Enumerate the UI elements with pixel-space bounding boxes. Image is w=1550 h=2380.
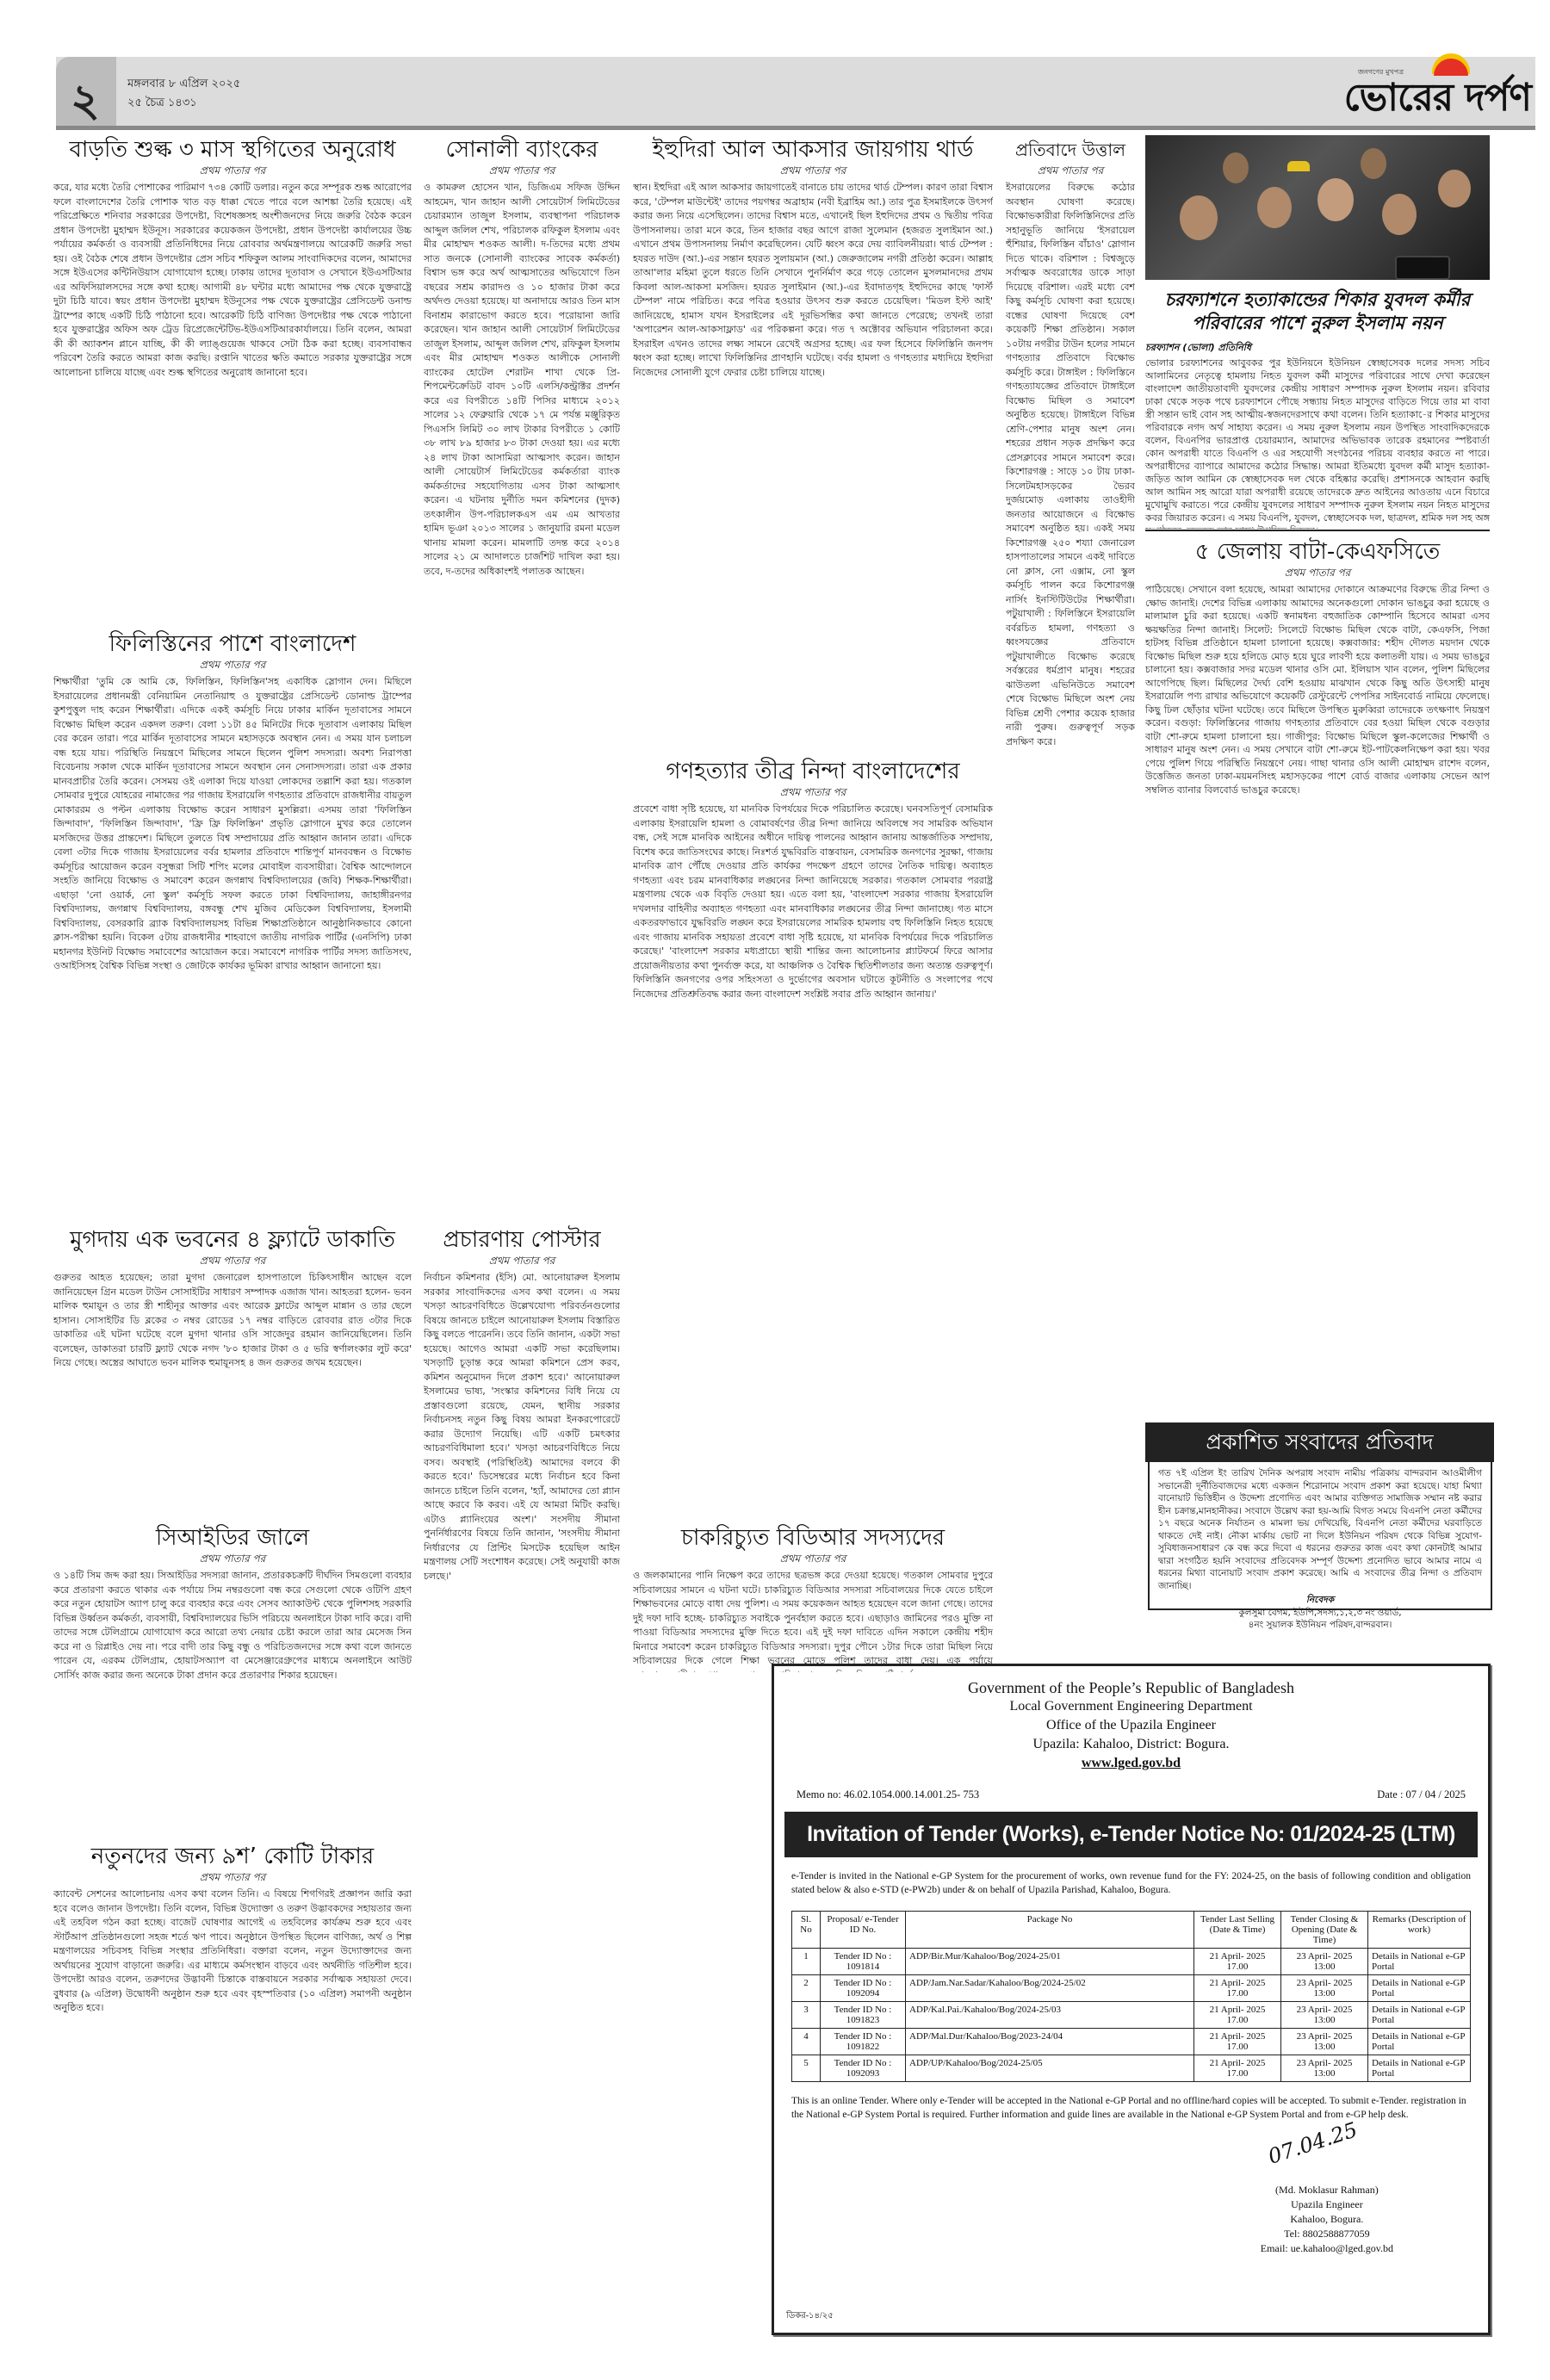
article-headline: নতুনদের জন্য ৯শ’ কোটি টাকার	[53, 1843, 412, 1870]
table-row: 3 Tender ID No : 1091823 ADP/Kal.Pai./Ka…	[792, 2002, 1471, 2029]
table-row: 4 Tender ID No : 1091822 ADP/Mal.Dur/Kah…	[792, 2029, 1471, 2055]
tender-header-dept: Local Government Engineering Department	[774, 1697, 1488, 1716]
tender-notice: Government of the People’s Republic of B…	[772, 1664, 1491, 2335]
cell-package: ADP/Kal.Pai./Kahaloo/Bog/2024-25/03	[906, 2002, 1194, 2029]
article-body: ভোলার চরফ্যাশনের আবুবকর পুর ইউনিয়নে ইউন…	[1145, 356, 1490, 529]
cell-sl: 2	[792, 1975, 821, 2002]
cell-closing: 23 April- 2025 13:00	[1281, 1975, 1368, 2002]
cell-closing: 23 April- 2025 13:00	[1281, 2029, 1368, 2055]
cell-sl: 5	[792, 2055, 821, 2082]
article-tariff: বাড়তি শুল্ক ৩ মাস স্থগিতের অনুরোধ প্রথম…	[53, 136, 412, 456]
article-third-temple: ইহুদিরা আল আকসার জায়গায় থার্ড প্রথম পা…	[633, 136, 993, 715]
article-headline: ইহুদিরা আল আকসার জায়গায় থার্ড	[633, 136, 993, 164]
cell-selling: 21 April- 2025 17.00	[1194, 1975, 1281, 2002]
article-headline: প্রচারণায় পোস্টার	[424, 1226, 620, 1254]
cell-id: Tender ID No : 1092093	[821, 2055, 906, 2082]
newspaper-logo: ভোরের দর্পণ	[1344, 69, 1531, 132]
article-body: শিক্ষার্থীরা 'তুমি কে আমি কে, ফিলিস্তিন,…	[53, 675, 412, 1058]
tender-intro: e-Tender is invited in the National e-GP…	[774, 1857, 1488, 1897]
article-body: ক্যাবেন্ট সেশনের আলোচনায় এসব কথা বলেন ত…	[53, 1887, 412, 2352]
article-headline: মুগদায় এক ভবনের ৪ ফ্ল্যাটে ডাকাতি	[53, 1226, 412, 1254]
cell-id: Tender ID No : 1091814	[821, 1949, 906, 1975]
page-number: ২	[71, 65, 100, 140]
tender-banner: Invitation of Tender (Works), e-Tender N…	[784, 1812, 1478, 1857]
cell-id: Tender ID No : 1092094	[821, 1975, 906, 2002]
article-body: পাঠিয়েছে। সেখানে বলা হয়েছে, আমরা আমাদে…	[1145, 583, 1490, 1422]
article-protest: প্রতিবাদে উত্তাল প্রথম পাতার পর ইসরায়েল…	[1006, 136, 1135, 1645]
cell-package: ADP/Jam.Nar.Sadar/Kahaloo/Bog/2024-25/02	[906, 1975, 1194, 2002]
article-newcomers: নতুনদের জন্য ৯শ’ কোটি টাকার প্রথম পাতার …	[53, 1843, 412, 2352]
rebuttal-signoff: নিবেদক	[1158, 1594, 1482, 1607]
article-body: ও ১৪টি সিম জব্দ করা হয়। সিআইডির সদস্যরা…	[53, 1569, 412, 1776]
article-body: গুরুতর আহত হয়েছেন; তারা মুগদা জেনারেল হ…	[53, 1271, 412, 1417]
article-kicker: প্রথম পাতার পর	[53, 1254, 412, 1271]
tender-header-office: Office of the Upazila Engineer	[774, 1716, 1488, 1735]
article-body: স্থান। ইহুদিরা এই আল আকসার জায়গাতেই বান…	[633, 181, 993, 715]
ad-code: ডিকর-১৪/২৫	[786, 2309, 834, 2324]
col-id: Proposal/ e-Tender ID No.	[821, 1912, 906, 1949]
table-row: 5 Tender ID No : 1092093 ADP/UP/Kahaloo/…	[792, 2055, 1471, 2082]
date-bangla: ২৫ চৈত্র ১৪৩১	[127, 95, 197, 113]
cell-remarks: Details in National e-GP Portal	[1368, 2055, 1471, 2082]
article-body: ও কামরুল হোসেন খান, ডিজিএম সফিজ উদ্দিন আ…	[424, 181, 620, 1197]
tender-memo-number: Memo no: 46.02.1054.000.14.001.25- 753	[797, 1788, 979, 1801]
article-charfashion: চরফ্যাশন (ভোলা) প্রতিনিধি ভোলার চরফ্যাশন…	[1145, 340, 1490, 529]
cell-remarks: Details in National e-GP Portal	[1368, 2029, 1471, 2055]
rebuttal-body: গত ৭ই এপ্রিল ইং তারিখ দৈনিক অপরাধ সংবাদ …	[1158, 1467, 1482, 1592]
article-body: ও জলকামানের পানি নিক্ষেপ করে তাদের ছত্রভ…	[633, 1569, 993, 1672]
signatory-phone: Tel: 8802588877059	[1261, 2227, 1393, 2241]
cell-sl: 4	[792, 2029, 821, 2055]
cell-sl: 1	[792, 1949, 821, 1975]
cell-id: Tender ID No : 1091823	[821, 2002, 906, 2029]
signatory-name: (Md. Moklasur Rahman)	[1261, 2183, 1393, 2197]
signature-scribble: 07.04.25	[1265, 2117, 1360, 2169]
news-photo	[1145, 135, 1490, 280]
rebuttal-notice: গত ৭ই এপ্রিল ইং তারিখ দৈনিক অপরাধ সংবাদ …	[1148, 1462, 1492, 1610]
article-kicker: প্রথম পাতার পর	[53, 658, 412, 675]
cell-sl: 3	[792, 2002, 821, 2029]
col-remarks: Remarks (Description of work)	[1368, 1912, 1471, 1949]
article-byline: চরফ্যাশন (ভোলা) প্রতিনিধি	[1145, 340, 1490, 356]
tender-signatory: (Md. Moklasur Rahman) Upazila Engineer K…	[1261, 2183, 1393, 2256]
article-headline: ফিলিস্তিনের পাশে বাংলাদেশ	[53, 630, 412, 658]
tender-outro: This is an online Tender. Where only e-T…	[774, 2082, 1488, 2122]
signatory-email: Email: ue.kahaloo@lged.gov.bd	[1261, 2241, 1393, 2256]
article-body: ইসরায়েলের বিরুদ্ধে কঠোর অবস্থান ঘোষণা ক…	[1006, 181, 1135, 1645]
col-closing: Tender Closing & Opening (Date & Time)	[1281, 1912, 1368, 1949]
table-row: 1 Tender ID No : 1091814 ADP/Bir.Mur/Kah…	[792, 1949, 1471, 1975]
article-kicker: প্রথম পাতার পর	[1145, 566, 1490, 583]
cell-selling: 21 April- 2025 17.00	[1194, 2002, 1281, 2029]
page-masthead	[56, 57, 1535, 130]
tender-header-govt: Government of the People’s Republic of B…	[774, 1678, 1488, 1697]
cell-remarks: Details in National e-GP Portal	[1368, 1975, 1471, 2002]
cell-package: ADP/Mal.Dur/Kahaloo/Bog/2023-24/04	[906, 2029, 1194, 2055]
article-headline: বাড়তি শুল্ক ৩ মাস স্থগিতের অনুরোধ	[53, 136, 412, 164]
article-palestine: ফিলিস্তিনের পাশে বাংলাদেশ প্রথম পাতার পর…	[53, 630, 412, 1058]
divider	[1145, 530, 1490, 531]
table-row: 2 Tender ID No : 1092094 ADP/Jam.Nar.Sad…	[792, 1975, 1471, 2002]
col-sl: Sl. No	[792, 1912, 821, 1949]
signatory-title: Upazila Engineer	[1261, 2197, 1393, 2212]
article-kicker: প্রথম পাতার পর	[424, 164, 620, 181]
article-headline: প্রতিবাদে উত্তাল	[1006, 136, 1135, 164]
article-kicker: প্রথম পাতার পর	[53, 164, 412, 181]
article-poster: প্রচারণায় পোস্টার প্রথম পাতার পর নির্বা…	[424, 1226, 620, 2347]
article-bdr: চাকরিচ্যুত বিডিআর সদস্যদের প্রথম পাতার প…	[633, 1524, 993, 1672]
article-kicker: প্রথম পাতার পর	[633, 785, 993, 803]
article-body: প্রবেশে বাধা সৃষ্টি হয়েছে, যা মানবিক বি…	[633, 803, 993, 1509]
article-bata: ৫ জেলায় বাটা-কেএফসিতে প্রথম পাতার পর পা…	[1145, 538, 1490, 1422]
col-selling: Tender Last Selling (Date & Time)	[1194, 1912, 1281, 1949]
article-kicker: প্রথম পাতার পর	[633, 1552, 993, 1569]
article-headline: সিআইডির জালে	[53, 1524, 412, 1552]
rebuttal-title: প্রকাশিত সংবাদের প্রতিবাদ	[1145, 1422, 1494, 1462]
date-gregorian: মঙ্গলবার ৮ এপ্রিল ২০২৫	[127, 76, 240, 94]
signatory-location: Kahaloo, Bogura.	[1261, 2212, 1393, 2227]
rebuttal-signer-line2: ৪নং সুয়ালক ইউনিয়ন পরিষদ,বান্দরবান।	[1158, 1619, 1482, 1632]
cell-selling: 21 April- 2025 17.00	[1194, 2029, 1281, 2055]
cell-remarks: Details in National e-GP Portal	[1368, 1949, 1471, 1975]
rebuttal-signer-line1: কুলসুমা বেগম, ইউপি,সদস্য,১,২,৩ নং ওয়ার্…	[1158, 1607, 1482, 1620]
tender-header-location: Upazila: Kahaloo, District: Bogura.	[774, 1735, 1488, 1754]
article-kicker: প্রথম পাতার পর	[53, 1870, 412, 1887]
article-headline: ৫ জেলায় বাটা-কেএফসিতে	[1145, 538, 1490, 566]
article-headline: সোনালী ব্যাংকের	[424, 136, 620, 164]
tender-date: Date : 07 / 04 / 2025	[1377, 1788, 1466, 1801]
article-mugda: মুগদায় এক ভবনের ৪ ফ্ল্যাটে ডাকাতি প্রথম…	[53, 1226, 412, 1417]
cell-closing: 23 April- 2025 13:00	[1281, 1949, 1368, 1975]
cell-package: ADP/UP/Kahaloo/Bog/2024-25/05	[906, 2055, 1194, 2082]
col-package: Package No	[906, 1912, 1194, 1949]
tender-website-link[interactable]: www.lged.gov.bd	[774, 1754, 1488, 1773]
article-kicker: প্রথম পাতার পর	[1006, 164, 1135, 181]
photo-headline: চরফ্যাশনে হত্যাকান্ডের শিকার যুবদল কর্মী…	[1145, 288, 1490, 335]
article-kicker: প্রথম পাতার পর	[633, 164, 993, 181]
cell-id: Tender ID No : 1091822	[821, 2029, 906, 2055]
article-kicker: প্রথম পাতার পর	[53, 1552, 412, 1569]
article-headline: চাকরিচ্যুত বিডিআর সদস্যদের	[633, 1524, 993, 1552]
cell-closing: 23 April- 2025 13:00	[1281, 2002, 1368, 2029]
tender-table: Sl. No Proposal/ e-Tender ID No. Package…	[791, 1911, 1471, 2082]
cell-package: ADP/Bir.Mur/Kahaloo/Bog/2024-25/01	[906, 1949, 1194, 1975]
cell-selling: 21 April- 2025 17.00	[1194, 2055, 1281, 2082]
article-genocide: গণহত্যার তীব্র নিন্দা বাংলাদেশের প্রথম প…	[633, 758, 993, 1509]
article-sonali: সোনালী ব্যাংকের প্রথম পাতার পর ও কামরুল …	[424, 136, 620, 1197]
cell-remarks: Details in National e-GP Portal	[1368, 2002, 1471, 2029]
article-headline: গণহত্যার তীব্র নিন্দা বাংলাদেশের	[633, 758, 993, 785]
cell-selling: 21 April- 2025 17.00	[1194, 1949, 1281, 1975]
article-cid: সিআইডির জালে প্রথম পাতার পর ও ১৪টি সিম জ…	[53, 1524, 412, 1776]
article-body: করে, যার মধ্যে তৈরি পোশাকের পারিমাণ ৭৩৪ …	[53, 181, 412, 456]
article-body: নির্বাচন কমিশনার (ইসি) মো. আনোয়ারুল ইসল…	[424, 1271, 620, 2347]
cell-closing: 23 April- 2025 13:00	[1281, 2055, 1368, 2082]
article-kicker: প্রথম পাতার পর	[424, 1254, 620, 1271]
